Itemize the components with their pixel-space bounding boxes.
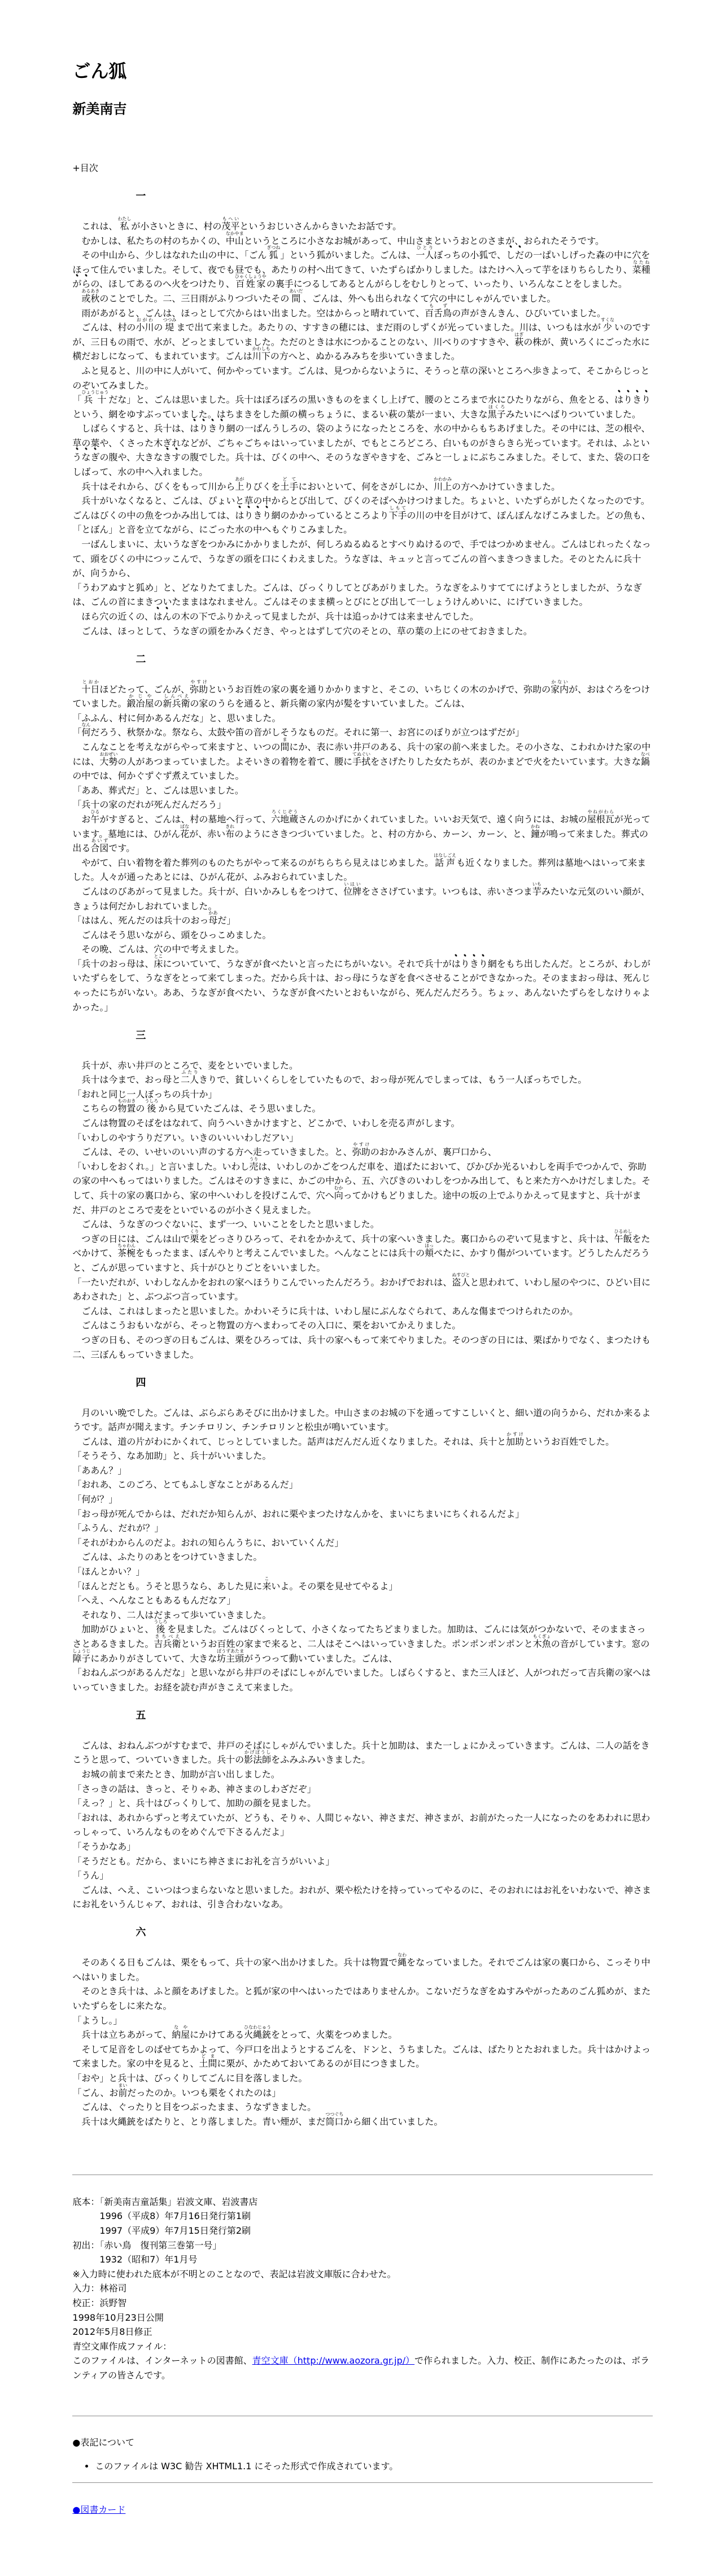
ruby-reading: ひとり [416,246,434,250]
story-paragraph: 「兵十の家のだれが死んだんだろう」 [72,797,652,812]
ruby-reading: うり [249,1157,258,1162]
story-paragraph: そのとき兵十は、ふと顔をあげました。と狐が家の中へはいったではありませんか。こな… [72,1984,652,2013]
section-heading: 一 [136,189,652,204]
ruby-reading: くり [190,1230,199,1234]
library-card-link[interactable]: ●図書カード [72,2504,125,2515]
ruby-reading: もず [425,304,452,308]
ruby-reading: あいず [90,839,108,843]
story-paragraph: 「ようし。」 [72,2013,652,2028]
story-paragraph: ごんは、ほっとして、うなぎの頭をかみくだき、やっとはずして穴のそとの、草の葉の上… [72,624,652,639]
ruby-reading: いはい [343,882,361,887]
section-heading-block: 五 [136,1694,652,1738]
story-paragraph: ごんは物置のそばをはなれて、向うへいきかけますと、どこかで、いわしを売る声がしま… [72,1116,652,1131]
ruby-word: 床とこ [154,960,163,969]
ruby-reading: かわかみ [434,477,452,482]
story-paragraph: 兵十は火縄銃をばたりと、とり落しました。青い煙が、まだ筒口つつぐちから細く出てい… [72,2115,652,2129]
story-paragraph: 一ばんしまいに、太いうなぎをつかみにかかりましたが、何しろぬるぬるとすべりぬける… [72,537,652,581]
ruby-word: 吉兵衛きちべえ [154,1640,181,1649]
ruby-reading: ひるめし [614,1230,632,1234]
story-paragraph: 「兵十ひょうじゅうだな」と、ごんは思いました。兵十はぼろぼろの黒いきものをまくし… [72,393,652,421]
ruby-word: 後うしろ [145,1104,158,1113]
divider [72,2482,652,2483]
notation-list: このファイルは W3C 勧告 XHTML1.1 にそった形式で作成されています。 [72,2459,652,2474]
ruby-word: 木魚もくぎょ [533,1640,551,1649]
story-paragraph: 兵十が、赤い井戸のところで、麦をといでいました。 [72,1058,652,1073]
story-paragraph: 「そうだとも。だから、まいにち神さまにお礼を言うがいいよ」 [72,1854,652,1869]
ruby-reading: いも [532,882,541,887]
ruby-reading: とおか [81,680,99,685]
story-paragraph: ごんは、道の片がわにかくれて、じっとしていました。話声はだんだん近くなりました。… [72,1435,652,1449]
ruby-word: 加助かすけ [506,1437,524,1446]
story-paragraph: つぎの日には、ごんは山で栗くりをどっさりひろって、それをかかえて、兵十の家へいき… [72,1232,652,1275]
ruby-reading: うしろ [145,1099,158,1104]
ruby-word: 中山なかやま [226,237,244,246]
ruby-reading: てぬぐい [352,752,370,757]
story-paragraph: 「ほんとかい？」 [72,1564,652,1579]
section-6: 六 そのあくる日もごんは、栗をもって、兵十の家へ出かけました。兵十は物置で縄なわ… [72,1912,652,2129]
spacer [72,2488,652,2503]
ruby-word: 鐘かね [531,830,540,839]
ruby-reading: ばな [180,825,189,829]
ruby-reading: どて [280,477,298,482]
story-paragraph: 或秋あるあきのことでした。二、三日雨がふりつづいたその間あいだ、ごんは、外へも出… [72,291,652,306]
ruby-word: 話声はなしごえ [434,858,456,868]
ruby-reading: ま [280,738,289,742]
ruby-reading: かわしも [252,347,270,351]
ruby-word: 屋根瓦やねがわら [587,815,614,824]
story-paragraph: ごんは、うなぎのつぐないに、まず一つ、いいことをしたと思いました。 [72,1217,652,1232]
story-paragraph: 兵十は立ちあがって、納屋なやにかけてある火縄銃ひなわじゅうをとって、火薬をつめま… [72,2028,652,2042]
main-text: 一 これは、私わたしが小さいときに、村の茂平もへいというおじいさんからきいたお話… [72,176,652,2129]
ruby-word: 家内かない [551,685,569,694]
ruby-word: 鍛冶屋かじや [126,699,154,708]
ruby-word: 物置ものおき [117,1104,136,1113]
ruby-word: 栗くり [190,1235,199,1244]
section-heading: 三 [136,1028,652,1043]
ruby-word: 弥助やすけ [352,1148,370,1157]
ruby-word: 茂平もへい [221,222,239,231]
story-paragraph: ごんは、おねんぶつがすむまで、井戸のそばにしゃがんでいました。兵十と加助は、また… [72,1738,652,1767]
ruby-reading: ひなわじゅう [244,2025,271,2030]
ruby-reading: もへい [221,217,239,221]
ruby-word: 午飯ひるめし [614,1235,632,1244]
ruby-word: 新兵衛しんべえ [163,699,190,708]
work-title: ごん狐 [72,0,652,82]
story-paragraph: 「ふふん、村に何かあるんだな」と、思いました。 [72,711,652,726]
story-paragraph: ふと見ると、川の中に人がいて、何かやっています。ごんは、見つからないように、そう… [72,364,652,393]
section-5: 五 ごんは、おねんぶつがすむまで、井戸のそばにしゃがんでいました。兵十と加助は、… [72,1694,652,1912]
emphasis-dots: はりきり [614,394,650,405]
ruby-reading: なわ [398,1953,407,1958]
ruby-reading: やすけ [190,680,208,685]
section-2: 二 十日とおかほどたって、ごんが、弥助やすけというお百姓の家の裏を通りかかります… [72,638,652,1014]
ruby-word: 私わたし [117,222,131,231]
ruby-word: 堤つつみ [163,323,176,332]
ruby-reading: きちべえ [154,1634,181,1639]
ruby-word: 縄なわ [398,1958,407,1967]
emphasis-dots: はりきり [235,510,271,521]
story-paragraph: やがて、白い着物を着た葬列のものたちがやって来るのがちらちら見えはじめました。話… [72,856,652,884]
ruby-reading: しょうじ [72,1649,90,1654]
ruby-reading: なべ [641,752,650,757]
biblio-line: 2012年5月8日修正 [72,2325,652,2339]
story-paragraph: 「ほんとだとも。うそと思うなら、あした見に来こいよ。その栗を見せてやるよ」 [72,1579,652,1594]
story-paragraph: 「一たいだれが、いわしなんかをおれの家へほうりこんでいったんだろう。おかげでおれ… [72,1275,652,1304]
story-paragraph: ごんはのびあがって見ました。兵十が、白いかみしもをつけて、位牌いはいをささげてい… [72,884,652,913]
aozora-link[interactable]: 青空文庫（http://www.aozora.gr.jp/） [252,2355,415,2366]
section-heading: 二 [136,652,652,667]
ruby-word: 小川おがわ [136,323,154,332]
ruby-word: 合図あいず [90,844,108,853]
section-body: そのあくる日もごんは、栗をもって、兵十の家へ出かけました。兵十は物置で縄なわをな… [72,1955,652,2129]
ruby-reading: ひょうじゅう [81,390,108,395]
ruby-word: 何なん [81,728,90,737]
ruby-reading: あるあき [81,289,99,294]
ruby-reading: やすけ [352,1143,370,1147]
ruby-reading: うしろ [154,1620,167,1624]
story-paragraph: 月のいい晩でした。ごんは、ぶらぶらあそびに出かけました。中山さまのお城の下を通っ… [72,1406,652,1435]
spacer [72,2421,652,2436]
story-paragraph: そして足音をしのばせてちかよって、今戸口を出ようとするごんを、ドンと、うちました… [72,2042,652,2071]
ruby-reading: つつみ [163,318,176,322]
story-paragraph: 雨があがると、ごんは、ほっとして穴からはい出ました。空はからっと晴れていて、百舌… [72,306,652,321]
ruby-word: 手拭てぬぐい [352,757,370,766]
ruby-reading: かない [551,680,569,685]
ruby-word: 間あいだ [289,294,303,303]
story-paragraph: 「おっ母が死んでからは、だれだか知らんが、おれに栗やまつたけなんかを、まいにちま… [72,1507,652,1522]
story-paragraph: ごんは、ぐったりと目をつぶったまま、うなずきました。 [72,2100,652,2115]
ruby-reading: やねがわら [587,810,614,814]
section-heading: 五 [136,1708,652,1723]
story-paragraph: 「えっ？」と、兵十はびっくりして、加助の顔を見ました。 [72,1796,652,1811]
ruby-word: 百舌鳥もず [425,309,452,318]
ruby-reading: あいだ [289,289,303,294]
ruby-reading: ろくじぞう [271,810,298,814]
story-paragraph: こんなことを考えながらやって来ますと、いつの間まにか、表に赤い井戸のある、兵十の… [72,740,652,783]
ruby-word: 午ひる [90,815,99,824]
ruby-word: 花ばな [180,830,189,839]
credit-line: このファイルは、インターネットの図書館、青空文庫（http://www.aozo… [72,2353,652,2382]
ruby-reading: ほくろ [488,405,506,409]
section-3: 三 兵十が、赤い井戸のところで、麦をといでいました。 兵十は今まで、おっ母と二人… [72,1014,652,1362]
section-heading-block: 三 [136,1014,652,1058]
ruby-reading: どま [199,2054,217,2059]
emphasis-dots: きす [163,452,181,463]
story-paragraph: ほら穴の近くの、はんの木の下でふりかえって見ましたが、兵十は追っかけては来ません… [72,609,652,624]
spacer [72,2180,652,2195]
ruby-word: 火縄銃ひなわじゅう [244,2030,271,2039]
story-paragraph: 「おや」と兵十は、びっくりしてごんに目を落しました。 [72,2071,652,2086]
section-heading-block: 六 [136,1912,652,1955]
section-4: 四 月のいい晩でした。ごんは、ぶらぶらあそびに出かけました。中山さまのお城の下を… [72,1362,652,1694]
story-paragraph: 「うわアぬすと狐め」と、どなりたてました。ごんは、びっくりしてとびあがりました。… [72,581,652,609]
emphasis-dots: うなぎ [72,452,99,463]
story-paragraph: ごんは、ふたりのあとをつけていきました。 [72,1550,652,1564]
story-paragraph: 十日とおかほどたって、ごんが、弥助やすけというお百姓の家の裏を通りかかりますと、… [72,682,652,711]
ruby-word: 川下かわしも [252,352,270,361]
ruby-reading: きれ [225,825,234,829]
ruby-word: 芋いも [532,887,541,896]
ruby-word: 上あが [235,482,244,491]
ruby-reading: ぼうずあたま [217,1649,244,1654]
ruby-word: 売うり [249,1162,258,1171]
ruby-word: 間ま [280,743,289,752]
page: ごん狐 新美南吉 +目次 一 これは、私わたしが小さいときに、村の茂平もへいとい… [0,0,725,2517]
story-paragraph: 兵十は今まで、おっ母と二人ふたりきりで、貧しいくらしをしていたもので、おっ母が死… [72,1073,652,1087]
story-paragraph: 「さっきの話は、きっと、そりゃあ、神さまのしわざだぞ」 [72,1782,652,1797]
ruby-reading: ほっ [425,1244,434,1248]
story-paragraph: その中山から、少しはなれた山の中に、「ごん狐ぎつね」という狐がいました。ごんは、… [72,248,652,291]
ruby-reading: ぬすびと [452,1273,470,1278]
section-heading-block: 四 [136,1362,652,1405]
ruby-reading: ちゃわん [117,1244,136,1248]
section-body: ごんは、おねんぶつがすむまで、井戸のそばにしゃがんでいました。兵十と加助は、また… [72,1738,652,1912]
ruby-reading: もくぎょ [533,1634,551,1639]
ruby-word: 土手どて [280,482,298,491]
ruby-reading: かじや [126,694,154,699]
ruby-word: 頬ほっ [425,1249,434,1258]
biblio-line: ※入力時に使われた底本が不明とのことなので、表記は岩波文庫版に合わせた。 [72,2267,652,2282]
ruby-reading: とこ [154,954,163,959]
notation-notes: ●表記について このファイルは W3C 勧告 XHTML1.1 にそった形式で作… [72,2416,652,2474]
ruby-word: 菜種なたね [632,265,650,274]
story-paragraph: 兵十はそれから、びくをもって川から上あがりびくを土手どてにおいといて、何をさがし… [72,480,652,494]
ruby-reading: はぎ [514,333,523,337]
biblio-line: 入力：林裕司 [72,2281,652,2296]
section-body: 十日とおかほどたって、ごんが、弥助やすけというお百姓の家の裏を通りかかりますと、… [72,682,652,1015]
ruby-word: 納屋なや [172,2030,190,2039]
section-body: 兵十が、赤い井戸のところで、麦をといでいました。 兵十は今まで、おっ母と二人ふた… [72,1058,652,1362]
ruby-word: 百姓家ひゃくしょうや [235,280,267,289]
story-paragraph: こちらの物置ものおきの後うしろから見ていたごんは、そう思いました。 [72,1101,652,1116]
ruby-word: 十日とおか [81,685,99,694]
ruby-word: 盗人ぬすびと [452,1278,470,1287]
ruby-reading: おがわ [136,318,154,322]
ruby-reading: しもて [388,506,407,511]
biblio-line: 1996（平成8）年7月16日発行第1刷 [72,2209,652,2224]
biblio-line: 校正：浜野智 [72,2296,652,2311]
story-paragraph: つぎの日も、そのつぎの日もごんは、栗をひろっては、兵十の家へもって来てやりました… [72,1333,652,1362]
story-paragraph: 「いわしをおくれ。」と言いました。いわし売うりは、いわしのかごをつんだ車を、道ば… [72,1160,652,1217]
story-paragraph: 「ふうん、だれが？」 [72,1521,652,1536]
story-paragraph: 「ははん、死んだのは兵十のおっ母かあだ」 [72,913,652,928]
story-paragraph: これは、私わたしが小さいときに、村の茂平もへいというおじいさんからきいたお話です… [72,219,652,234]
story-paragraph: 「おねんぶつがあるんだな」と思いながら井戸のそばにしゃがんでいました。しばらくす… [72,1666,652,1694]
ruby-reading: つつぐち [325,2112,343,2117]
ruby-reading: しんべえ [163,694,190,699]
story-paragraph: ごんはそう思いながら、頭をひっこめました。 [72,928,652,943]
ruby-word: 母かあ [208,916,217,925]
ruby-word: 向むか [334,1191,343,1200]
ruby-reading: すくな [601,318,614,322]
ruby-reading: かね [531,825,540,829]
ruby-word: 障子しょうじ [72,1654,90,1663]
bibliographical-information: 底本：「新美南吉童話集」岩波文庫、岩波書店 1996（平成8）年7月16日発行第… [72,2174,652,2382]
biblio-line: 底本：「新美南吉童話集」岩波文庫、岩波書店 [72,2195,652,2209]
story-paragraph: 「兵十のおっ母は、床とこについていて、うなぎが食べたいと言ったにちがいない。それ… [72,957,652,1014]
ruby-reading: かげぼうし [244,1750,271,1755]
story-paragraph: ごんはこうおもいながら、そっと物置の方へまわってその入口に、栗をおいてかえりまし… [72,1318,652,1333]
biblio-line: 初出：「赤い鳥 復刊第三巻第一号」 [72,2238,652,2253]
story-paragraph: 兵十がいなくなると、ごんは、ぴょいと草の中からとび出して、びくのそばへかけつけま… [72,494,652,537]
biblio-line: 1997（平成9）年7月15日発行第2刷 [72,2224,652,2238]
story-paragraph: 「へえ、へんなこともあるもんだなア」 [72,1593,652,1608]
ruby-reading: はなしごえ [434,853,456,858]
ruby-reading: ひゃくしょうや [235,274,267,279]
ruby-reading: かあ [208,911,217,916]
section-heading-block: 一 [136,176,652,219]
emphasis-dots: しだ [506,250,524,260]
credit-text-before: このファイルは、インターネットの図書館、 [72,2355,252,2366]
emphasis-dots: がら [72,278,90,289]
story-paragraph: ごんは、これはしまったと思いました。かわいそうに兵十は、いわし屋にぶんなぐられて… [72,1304,652,1319]
ruby-word: 黒子ほくろ [488,410,506,419]
section-body: 月のいい晩でした。ごんは、ぶらぶらあそびに出かけました。中山さまのお城の下を通っ… [72,1406,652,1695]
biblio-line: 青空文庫作成ファイル： [72,2339,652,2354]
story-paragraph: 「何が？」 [72,1492,652,1507]
divider [72,2174,652,2176]
biblio-line: 1998年10月23日公開 [72,2311,652,2325]
library-card: ●図書カード [72,2482,652,2517]
story-paragraph: 「おれと同じ一人ぼっちの兵十か」 [72,1087,652,1102]
story-paragraph: 「そうかなあ」 [72,1840,652,1854]
story-paragraph: お城の前まで来たとき、加助が言い出しました。 [72,1767,652,1782]
story-paragraph: 加助がひょいと、後うしろを見ました。ごんはびくっとして、小さくなってたちどまりま… [72,1622,652,1666]
ruby-word: 来こ [262,1582,271,1591]
story-paragraph: しばらくすると、兵十は、はりきり網の一ばんうしろの、袋のようになったところを、水… [72,421,652,479]
ruby-word: 六地蔵ろくじぞう [271,815,298,824]
section-heading: 六 [136,1925,652,1940]
ruby-word: 茶椀ちゃわん [117,1249,136,1258]
ruby-reading: ふたり [181,1070,199,1075]
ruby-word: 一人ひとり [416,251,434,260]
section-heading-block: 二 [136,638,652,682]
ruby-word: 狐ぎつね [267,251,280,260]
ruby-word: 前まい [118,2089,127,2098]
story-paragraph: 「それがわからんのだよ。おれの知らんうちに、おいていくんだ」 [72,1536,652,1550]
ruby-word: 影法師かげぼうし [244,1755,271,1764]
story-paragraph: ごんは、へえ、こいつはつまらないなと思いました。おれが、栗や松たけを持っていって… [72,1883,652,1912]
ruby-word: 川上かわかみ [434,482,452,491]
story-paragraph: そのあくる日もごんは、栗をもって、兵十の家へ出かけました。兵十は物置で縄なわをな… [72,1955,652,1984]
story-paragraph: お午ひるがすぎると、ごんは、村の墓地へ行って、六地蔵ろくじぞうさんのかげにかくれ… [72,812,652,856]
ruby-word: 大勢おおぜい [99,757,117,766]
ruby-word: 下手しもて [388,511,407,520]
ruby-reading: ひる [90,810,99,814]
ruby-reading: ものおき [117,1099,136,1104]
emphasis-dots: はん [154,611,172,622]
ruby-reading: あが [235,477,244,482]
ruby-word: 筒口つつぐち [325,2117,343,2126]
ruby-word: 位牌いはい [343,887,361,896]
ruby-reading: なたね [632,260,650,265]
ruby-reading: わたし [117,217,131,221]
story-paragraph: 「ああ、葬式だ」と、ごんは思いました。 [72,783,652,798]
section-1: 一 これは、私わたしが小さいときに、村の茂平もへいというおじいさんからきいたお話… [72,176,652,639]
metadata: ごん狐 新美南吉 [72,0,652,118]
ruby-word: 少すくな [601,323,614,332]
ruby-word: 布きれ [225,830,234,839]
ruby-reading: なかやま [226,232,244,236]
ruby-reading: まい [118,2084,127,2088]
ruby-reading: おおぜい [99,752,117,757]
ruby-reading: なん [81,723,90,727]
story-paragraph: むかしは、私たちの村のちかくの、中山なかやまというところに小さなお城があって、中… [72,234,652,249]
story-paragraph: 「おれは、あれからずっと考えていたが、どうも、そりゃ、人間じゃない、神さまだ、神… [72,1811,652,1840]
table-of-contents-toggle[interactable]: +目次 [72,161,98,176]
story-paragraph: 「そうそう、なあ加助」と、兵十がいいました。 [72,1449,652,1463]
story-paragraph: 「おれあ、このごろ、とてもふしぎなことがあるんだ」 [72,1477,652,1492]
story-paragraph: 「何なんだろう、秋祭かな。祭なら、太鼓や笛の音がしそうなものだ。それに第一、お宮… [72,725,652,740]
biblio-line: 1932（昭和7）年1月号 [72,2252,652,2267]
ruby-reading: なや [172,2025,190,2030]
ruby-word: 坊主頭ぼうずあたま [217,1654,244,1663]
emphasis-dots: はりきり [190,423,226,434]
ruby-word: 萩はぎ [514,338,523,347]
ruby-word: 兵十ひょうじゅう [81,395,108,404]
section-heading: 四 [136,1376,652,1391]
ruby-word: 二人ふたり [181,1075,199,1084]
ruby-word: 弥助やすけ [190,685,208,694]
story-paragraph: 「うん」 [72,1868,652,1883]
ruby-word: 鍋なべ [641,757,650,766]
notation-item: このファイルは W3C 勧告 XHTML1.1 にそった形式で作成されています。 [95,2459,652,2474]
story-paragraph: 「ああん？」 [72,1463,652,1478]
ruby-word: 土間どま [199,2059,217,2068]
story-paragraph: 「ごん、お前まいだったのか。いつも栗をくれたのは」 [72,2086,652,2100]
ruby-reading: むか [334,1186,343,1191]
ruby-word: 或秋あるあき [81,294,99,303]
ruby-reading: かすけ [506,1432,524,1437]
author-name: 新美南吉 [72,100,652,118]
ruby-reading: ぎつね [267,246,280,250]
story-paragraph: ごんは、その、いせいのいい声のする方へ走っていきました。と、弥助やすけのおかみさ… [72,1145,652,1160]
emphasis-dots: はりきり [452,958,488,969]
notation-heading: ●表記について [72,2435,652,2450]
ruby-word: 後うしろ [154,1625,167,1634]
ruby-reading: こ [262,1577,271,1581]
section-body: これは、私わたしが小さいときに、村の茂平もへいというおじいさんからきいたお話です… [72,219,652,638]
divider [72,2416,652,2417]
story-paragraph: ごんは、村の小川おがわの堤つつみまで出て来ました。あたりの、すすきの穂には、まだ… [72,320,652,364]
